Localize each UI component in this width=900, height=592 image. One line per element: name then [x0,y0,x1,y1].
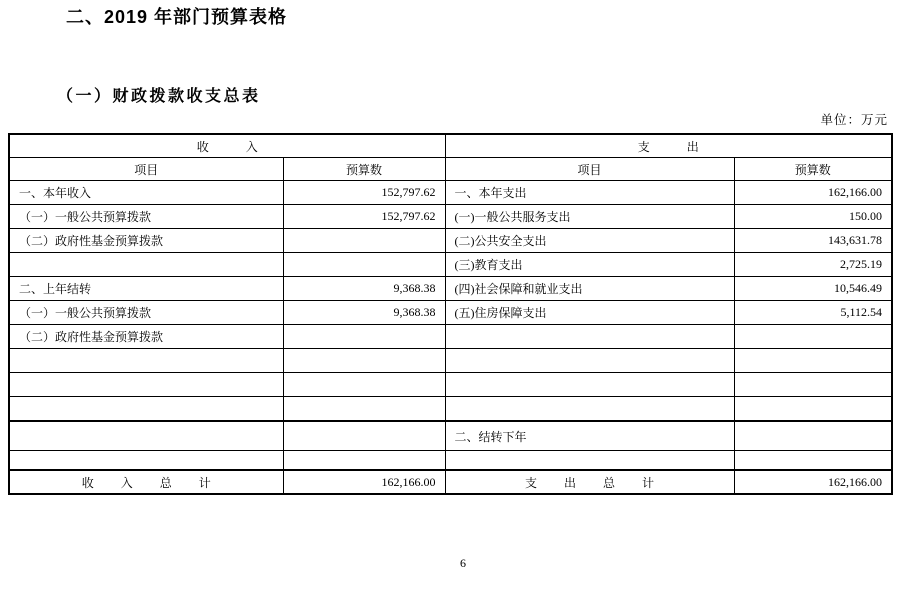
expense-budget-column-header: 预算数 [734,158,892,181]
expense-budget-cell [734,325,892,349]
expense-budget-cell [734,397,892,422]
income-item-cell [9,253,283,277]
expense-budget-cell [734,349,892,373]
expense-budget-cell: 10,546.49 [734,277,892,301]
table-row [9,451,892,471]
expense-item-cell: (四)社会保障和就业支出 [445,277,734,301]
table-row [9,397,892,422]
income-item-column-header: 项目 [9,158,283,181]
income-item-cell: （二）政府性基金预算拨款 [9,229,283,253]
budget-table: 收 入 支 出 项目 预算数 项目 预算数 一、本年收入 152,797.62 … [8,133,893,495]
expense-item-cell: 二、结转下年 [445,421,734,451]
expense-item-cell: (三)教育支出 [445,253,734,277]
expense-item-cell [445,451,734,471]
section-title: 二、2019 年部门预算表格 [66,3,287,29]
table-row: （二）政府性基金预算拨款 [9,325,892,349]
expense-item-column-header: 项目 [445,158,734,181]
income-budget-cell [283,349,445,373]
income-item-cell [9,451,283,471]
expense-item-cell: (二)公共安全支出 [445,229,734,253]
expense-item-cell [445,397,734,422]
table-row: (三)教育支出 2,725.19 [9,253,892,277]
income-item-cell: （二）政府性基金预算拨款 [9,325,283,349]
expense-item-cell [445,373,734,397]
income-budget-cell [283,253,445,277]
page-number: 6 [26,556,900,571]
table-row: 二、上年结转 9,368.38 (四)社会保障和就业支出 10,546.49 [9,277,892,301]
income-item-cell [9,349,283,373]
table-row [9,349,892,373]
expense-item-cell: (五)住房保障支出 [445,301,734,325]
income-total-value: 162,166.00 [283,470,445,494]
table-row: 一、本年收入 152,797.62 一、本年支出 162,166.00 [9,181,892,205]
budget-document-page: 二、2019 年部门预算表格 （一）财政拨款收支总表 单位：万元 收 入 支 出… [0,0,900,592]
column-header-row: 项目 预算数 项目 预算数 [9,158,892,181]
table-row [9,373,892,397]
expense-budget-cell [734,451,892,471]
table-row: （一）一般公共预算拨款 9,368.38 (五)住房保障支出 5,112.54 [9,301,892,325]
expense-budget-cell [734,373,892,397]
income-budget-cell: 152,797.62 [283,181,445,205]
income-item-cell: 一、本年收入 [9,181,283,205]
total-row: 收 入 总 计 162,166.00 支 出 总 计 162,166.00 [9,470,892,494]
expense-item-cell: 一、本年支出 [445,181,734,205]
table-row: （二）政府性基金预算拨款 (二)公共安全支出 143,631.78 [9,229,892,253]
income-total-label: 收 入 总 计 [9,470,283,494]
income-budget-cell: 152,797.62 [283,205,445,229]
income-item-cell [9,397,283,422]
expense-item-cell [445,349,734,373]
table-row: （一）一般公共预算拨款 152,797.62 (一)一般公共服务支出 150.0… [9,205,892,229]
income-budget-cell [283,421,445,451]
expense-budget-cell: 150.00 [734,205,892,229]
expense-item-cell: (一)一般公共服务支出 [445,205,734,229]
table-row: 二、结转下年 [9,421,892,451]
income-item-cell: （一）一般公共预算拨款 [9,205,283,229]
table-title: （一）财政拨款收支总表 [57,83,261,106]
income-budget-cell [283,325,445,349]
income-item-cell [9,421,283,451]
expense-budget-cell [734,421,892,451]
income-budget-cell [283,229,445,253]
unit-note: 单位：万元 [820,110,888,128]
income-item-cell: （一）一般公共预算拨款 [9,301,283,325]
expense-budget-cell: 143,631.78 [734,229,892,253]
income-budget-column-header: 预算数 [283,158,445,181]
income-budget-cell [283,397,445,422]
income-item-cell: 二、上年结转 [9,277,283,301]
income-section-header: 收 入 [9,134,445,158]
expense-total-label: 支 出 总 计 [445,470,734,494]
expense-item-cell [445,325,734,349]
income-budget-cell: 9,368.38 [283,301,445,325]
income-budget-cell [283,373,445,397]
expense-budget-cell: 5,112.54 [734,301,892,325]
expense-section-header: 支 出 [445,134,892,158]
expense-total-value: 162,166.00 [734,470,892,494]
income-budget-cell [283,451,445,471]
section-header-row: 收 入 支 出 [9,134,892,158]
income-budget-cell: 9,368.38 [283,277,445,301]
expense-budget-cell: 2,725.19 [734,253,892,277]
income-item-cell [9,373,283,397]
expense-budget-cell: 162,166.00 [734,181,892,205]
